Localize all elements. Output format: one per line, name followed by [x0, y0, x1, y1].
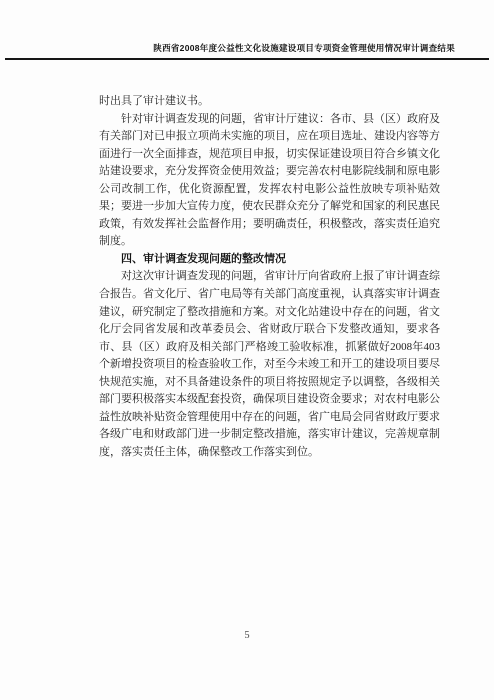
running-header-title: 陕西省2008年度公益性文化设施建设项目专项资金管理使用情况审计调查结果: [153, 42, 455, 54]
page-number: 5: [0, 630, 494, 641]
section-heading: 四、审计调查发现问题的整改情况: [99, 251, 440, 269]
header-rule-divider: [5, 58, 489, 60]
body-paragraph-continuation: 时出具了审计建议书。: [99, 93, 440, 111]
document-body: 时出具了审计建议书。 针对审计调查发现的问题，省审计厅建议：各市、县（区）政府及…: [99, 93, 440, 461]
document-page: 陕西省2008年度公益性文化设施建设项目专项资金管理使用情况审计调查结果 时出具…: [0, 0, 494, 700]
body-paragraph: 针对审计调查发现的问题，省审计厅建议：各市、县（区）政府及有关部门对已申报立项尚…: [99, 111, 440, 251]
body-paragraph: 对这次审计调查发现的问题，省审计厅向省政府上报了审计调查综合报告。省文化厅、省广…: [99, 268, 440, 461]
